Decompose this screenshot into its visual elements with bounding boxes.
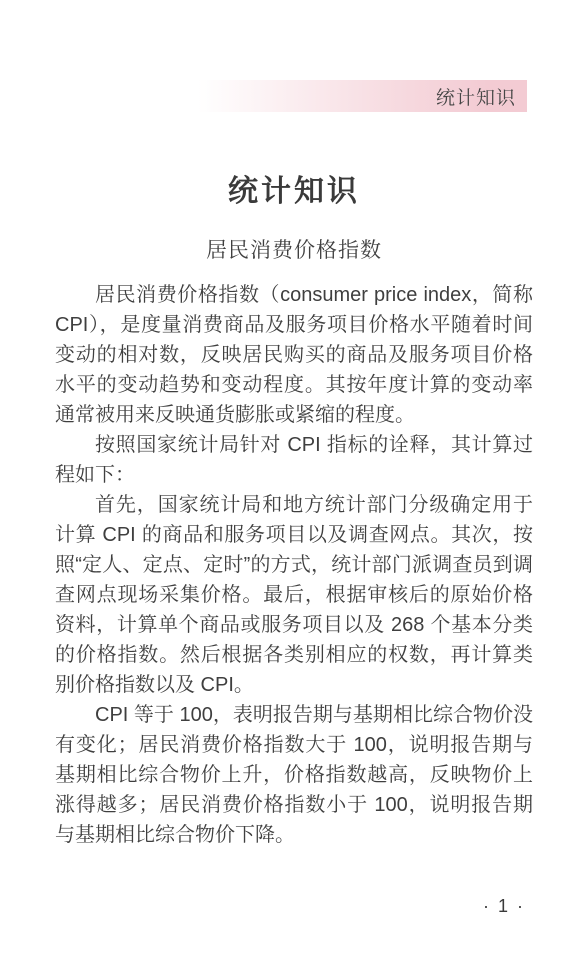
page-number: · 1 ·	[483, 896, 525, 917]
header-band: 统计知识	[198, 80, 527, 112]
paragraph: 居民消费价格指数（consumer price index，简称 CPI），是度…	[55, 280, 533, 430]
page-title: 统计知识	[0, 166, 588, 210]
body-text: 居民消费价格指数（consumer price index，简称 CPI），是度…	[55, 280, 533, 850]
paragraph: 按照国家统计局针对 CPI 指标的诠释，其计算过程如下：	[55, 430, 533, 490]
paragraph: 首先，国家统计局和地方统计部门分级确定用于计算 CPI 的商品和服务项目以及调查…	[55, 490, 533, 700]
running-head-label: 统计知识	[436, 83, 516, 110]
paragraph: CPI 等于 100，表明报告期与基期相比综合物价没有变化；居民消费价格指数大于…	[55, 700, 533, 850]
section-subtitle: 居民消费价格指数	[0, 234, 588, 264]
document-page: 统计知识 统计知识 居民消费价格指数 居民消费价格指数（consumer pri…	[0, 0, 588, 957]
